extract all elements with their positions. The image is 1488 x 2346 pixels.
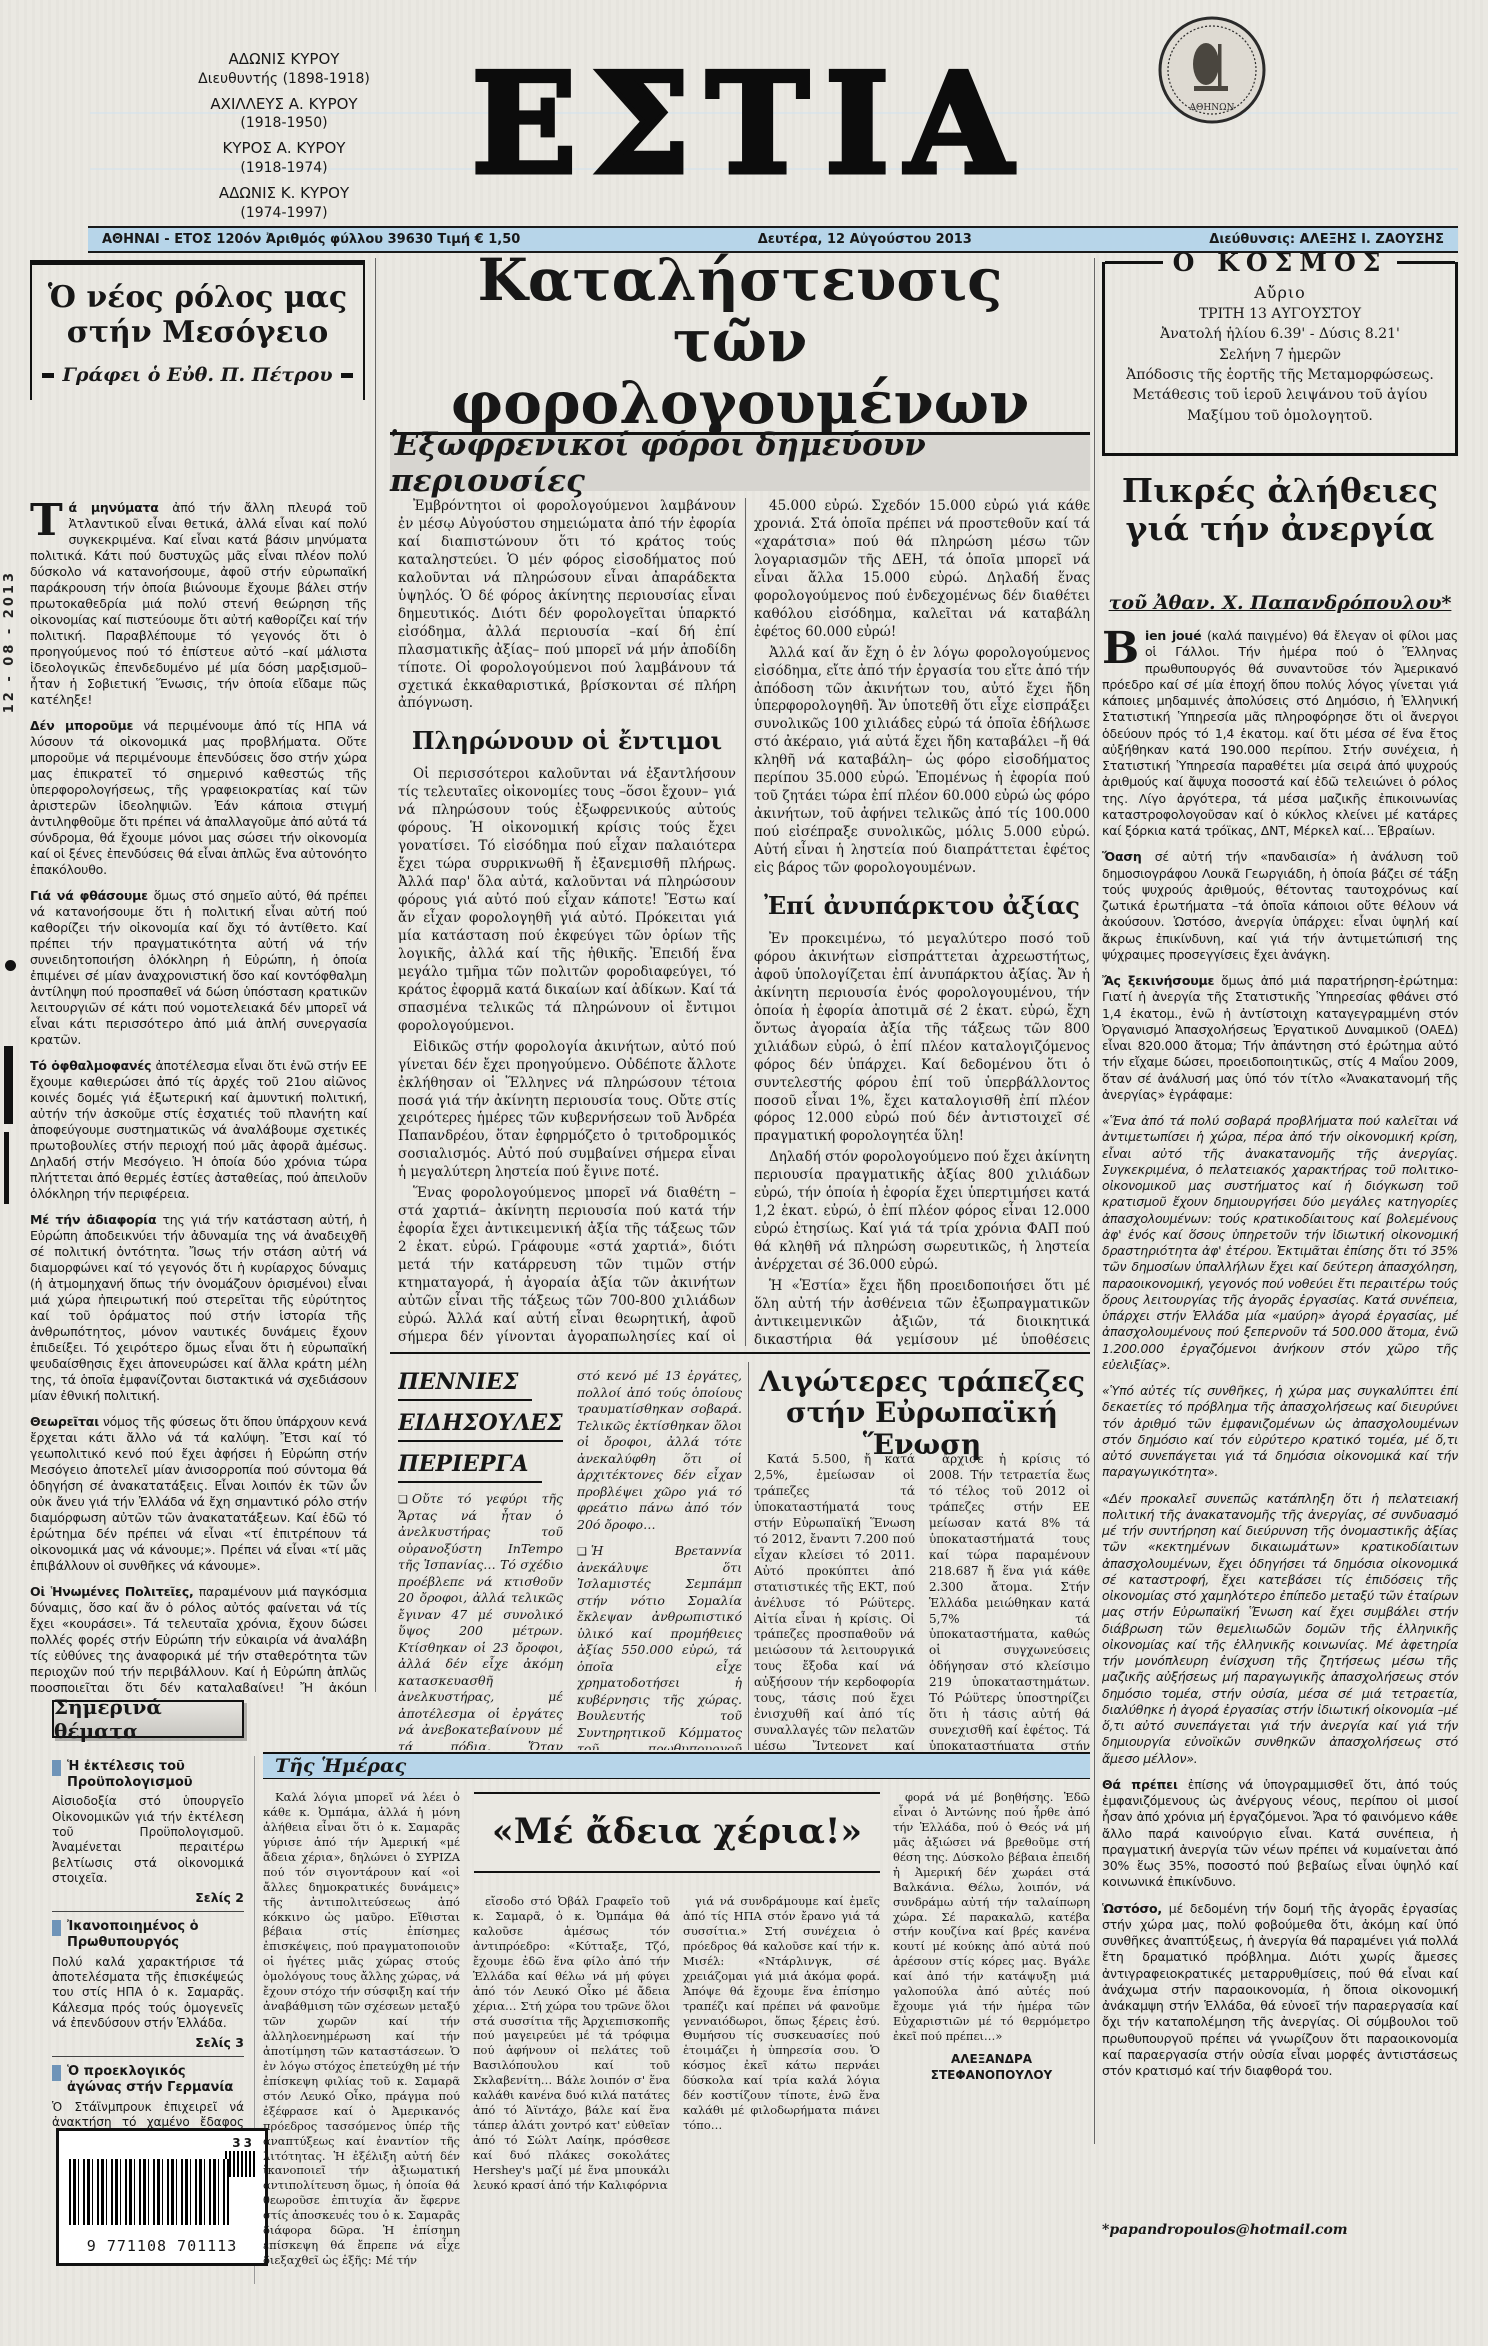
kosmos-header: Ο ΚΟΣΜΟΣ xyxy=(1105,248,1455,277)
masthead-founders: ΑΔΩΝΙΣ ΚΥΡΟΥΔιευθυντής (1898-1918)ΑΧΙΛΛΕ… xyxy=(168,50,400,229)
editorial-dropcap: Τ xyxy=(30,500,69,539)
banks-body: Κατά 5.500, ἤ κατά 2,5%, ἐμείωσαν οἱ τρά… xyxy=(754,1452,1090,1750)
editorial-title-line1: Ὁ νέος ρόλος μας xyxy=(42,281,353,316)
lead-story-crosshead: Ἐπί ἀνυπάρκτου ἀξίας xyxy=(754,890,1090,922)
newspaper-page: 12 - 08 - 2013 ΑΔΩΝΙΣ ΚΥΡΟΥΔιευθυντής (1… xyxy=(0,0,1488,2346)
topic-title: Ὁ προεκλογικός ἀγώνας στήν Γερμανία xyxy=(67,2064,244,2095)
kosmos-line: ΤΡΙΤΗ 13 ΑΥΓΟΥΣΤΟΥ xyxy=(1115,304,1445,324)
pennies-title: ΠΕΝΝΙΕΣΕΙΔΗΣΟΥΛΕΣΠΕΡΙΕΡΓΑ xyxy=(398,1368,563,1483)
kosmos-title: Ο ΚΟΣΜΟΣ xyxy=(1163,248,1398,277)
lead-story-paragraph: Εἰδικῶς στήν φορολογία ἀκινήτων, αὐτό πο… xyxy=(398,1039,736,1183)
imeras-headline: «Μέ ἄδεια χέρια!» xyxy=(474,1792,880,1873)
founder-years: (1974-1997) xyxy=(168,204,400,222)
lead-story-paragraph: 45.000 εὐρώ. Σχεδόν 15.000 εὐρώ γιά κάθε… xyxy=(754,498,1090,642)
pennies-column-a: ΠΕΝΝΙΕΣΕΙΔΗΣΟΥΛΕΣΠΕΡΙΕΡΓΑ ❑Οὔτε τό γεφύρ… xyxy=(398,1368,563,1750)
banks-headline-line2: στήν Εὐρωπαϊκή Ἕνωση xyxy=(754,1397,1090,1460)
founder-years: (1918-1974) xyxy=(168,159,400,177)
editorial-body: Τ ά μηνύματα ἀπό τήν ἄλλη πλευρά τοῦ Ἀτλ… xyxy=(30,500,367,1692)
news-brief: στό κενό μέ 13 ἐργάτες, πολλοί ἀπό τούς … xyxy=(577,1368,742,1533)
unemployment-paragraph: «Δέν προκαλεῖ συνεπῶς κατάπληξη ὅτι ἡ πε… xyxy=(1102,1491,1458,1767)
pennies-title-word: ΠΕΡΙΕΡΓΑ xyxy=(398,1450,542,1483)
founder-name: ΚΥΡΟΣ Α. ΚΥΡΟΥ xyxy=(168,139,400,159)
edge-dot xyxy=(5,960,16,971)
editorial-paragraph: Τό ὀφθαλμοφανές ἀποτέλεσμα εἶναι ὅτι ἐνῶ… xyxy=(30,1058,367,1202)
barcode-bars-icon xyxy=(69,2159,229,2225)
infobar-issue: ΑΘΗΝΑΙ - ΕΤΟΣ 120όν Ἀριθμός φύλλου 39630… xyxy=(102,232,520,247)
imeras-column-4-text: φορά νά μέ βοηθήσης. Ἐδῶ εἶναι ὁ Ἀντώνης… xyxy=(893,1790,1090,2043)
infobar-director: Διεύθυνσις: ΑΛΕΞΗΣ Ι. ΖΑΟΥΣΗΣ xyxy=(1209,232,1444,247)
issue-barcode: 33 9 771108 701113 xyxy=(56,2128,268,2266)
masthead-logo: ΕΣΤΙΑ xyxy=(420,52,1080,197)
banks-column-1: Κατά 5.500, ἤ κατά 2,5%, ἐμείωσαν οἱ τρά… xyxy=(754,1452,915,1750)
kosmos-line: Αὔριο xyxy=(1115,281,1445,304)
topic-item: Ἰκανοποιημένος ὁ ΠρωθυπουργόςΠολύ καλά χ… xyxy=(52,1912,244,2057)
unemployment-headline-line1: Πικρές ἀλήθειες xyxy=(1102,472,1458,510)
editorial-paragraph: Οἱ Ἡνωμένες Πολιτεῖες, παραμένουν μιά πα… xyxy=(30,1584,367,1692)
founder-name: ΑΧΙΛΛΕΥΣ Α. ΚΥΡΟΥ xyxy=(168,95,400,115)
lead-story-column-1: Ἐμβρόντητοι οἱ φορολογούμενοι λαμβάνουν … xyxy=(398,498,736,1346)
unemployment-paragraph: «Ἕνα ἀπό τά πολύ σοβαρά προβλήματα πού κ… xyxy=(1102,1113,1458,1373)
editorial-title-box: Ὁ νέος ρόλος μας στήν Μεσόγειο Γράφει ὁ … xyxy=(30,260,365,400)
topic-title-row: Ἰκανοποιημένος ὁ Πρωθυπουργός xyxy=(52,1919,244,1950)
editorial-paragraph: Μέ τήν ἀδιαφορία της γιά τήν κατάσταση α… xyxy=(30,1212,367,1404)
topic-bullet-icon xyxy=(52,1760,61,1776)
unemployment-dropcap: B xyxy=(1102,628,1145,667)
imeras-column-4: φορά νά μέ βοηθήσης. Ἐδῶ εἶναι ὁ Ἀντώνης… xyxy=(893,1790,1090,2335)
kosmos-rule-right xyxy=(1397,261,1455,264)
topic-bullet-icon xyxy=(52,2065,61,2081)
imeras-label: Τῆς Ἡμέρας xyxy=(275,1755,406,1777)
rule-under-lead-story xyxy=(390,1352,1090,1354)
kosmos-box: Ο ΚΟΣΜΟΣ ΑὔριοΤΡΙΤΗ 13 ΑΥΓΟΥΣΤΟΥἈνατολή … xyxy=(1102,262,1458,456)
unemployment-headline: Πικρές ἀλήθειες γιά τήν ἀνεργία xyxy=(1102,472,1458,548)
masthead-seal-icon: ΑΘΗΝΩΝ xyxy=(1156,14,1268,126)
topic-summary: Αἰσιοδοξία στό ὑπουργεῖο Οἰκονομικῶν γιά… xyxy=(52,1794,244,1886)
editorial-paragraph: Δέν μποροῦμε νά περιμένουμε ἀπό τίς ΗΠΑ … xyxy=(30,718,367,878)
divider-center-right xyxy=(1094,258,1095,2144)
unemployment-paragraph: Ὄαση σέ αὐτή τήν «πανδαισία» ἡ ἀνάλυση τ… xyxy=(1102,849,1458,963)
topic-title: Ἰκανοποιημένος ὁ Πρωθυπουργός xyxy=(67,1919,244,1950)
pennies-title-word: ΕΙΔΗΣΟΥΛΕΣ xyxy=(398,1409,563,1442)
pennies-title-word: ΠΕΝΝΙΕΣ xyxy=(398,1368,532,1401)
lead-story-paragraph: Ἐν προκειμένω, τό μεγαλύτερο ποσό τοῦ φό… xyxy=(754,931,1090,1146)
brief-bullet-icon: ❑ xyxy=(577,1545,591,1558)
pennies-section: ΠΕΝΝΙΕΣΕΙΔΗΣΟΥΛΕΣΠΕΡΙΕΡΓΑ ❑Οὔτε τό γεφύρ… xyxy=(398,1368,742,1750)
edge-bar xyxy=(4,1046,13,1124)
founder-name: ΑΔΩΝΙΣ Κ. ΚΥΡΟΥ xyxy=(168,184,400,204)
lead-story-paragraph: Ἀλλά καί ἄν ἔχη ὁ ἐν λόγω φορολογούμενος… xyxy=(754,645,1090,878)
topic-bullet-icon xyxy=(52,1920,61,1936)
editorial-paragraph: Θεωρεῖται νόμος τῆς φύσεως ὅτι ὅπου ὑπάρ… xyxy=(30,1414,367,1574)
lead-story-headline: Καταλήστευσις τῶν φορολογουμένων xyxy=(390,250,1090,434)
topic-summary: Πολύ καλά χαρακτήρισε τά ἀποτελέσματα τῆ… xyxy=(52,1955,244,2032)
pennies-briefs-a: ❑Οὔτε τό γεφύρι τῆς Ἄρτας νά ἦταν ὁ ἀνελ… xyxy=(398,1491,563,1750)
edge-bar-2 xyxy=(4,1132,9,1204)
byline-rule-left xyxy=(42,373,54,378)
unemployment-headline-line2: γιά τήν ἀνεργία xyxy=(1102,510,1458,548)
editorial-title-line2: στήν Μεσόγειο xyxy=(42,316,353,351)
kosmos-line: Ἀνατολή ἡλίου 6.39' - Δύσις 8.21' xyxy=(1115,324,1445,344)
founder-name: ΑΔΩΝΙΣ ΚΥΡΟΥ xyxy=(168,50,400,70)
lead-headline-line1: Καταλήστευσις xyxy=(390,250,1090,311)
divider-pennies-banks xyxy=(748,1362,749,1750)
topic-item: Ὁ προεκλογικός ἀγώνας στήν ΓερμανίαὉ Στά… xyxy=(52,2057,244,2134)
editorial-title: Ὁ νέος ρόλος μας στήν Μεσόγειο xyxy=(42,281,353,350)
barcode-digits: 9 771108 701113 xyxy=(59,2237,265,2255)
imeras-band: Τῆς Ἡμέρας xyxy=(263,1752,1090,1779)
pennies-column-b: στό κενό μέ 13 ἐργάτες, πολλοί ἀπό τούς … xyxy=(577,1368,742,1750)
kosmos-line: Σελήνη 7 ἡμερῶν xyxy=(1115,345,1445,365)
topics-header: Σημερινά θέματα xyxy=(52,1700,244,1738)
unemployment-byline: τοῦ Ἀθαν. Χ. Παπανδρόπουλου* xyxy=(1102,592,1458,614)
founder-years: Διευθυντής (1898-1918) xyxy=(168,70,400,88)
unemployment-paragraph: Ὡστόσο, μέ δεδομένη τήν δομή τῆς ἀγορᾶς … xyxy=(1102,1901,1458,2080)
barcode-small-bars-icon xyxy=(225,2151,255,2177)
topic-page-ref: Σελίς 2 xyxy=(52,1890,244,1905)
divider-center-columns xyxy=(745,498,746,1346)
banks-headline-line1: Λιγώτερες τράπεζες xyxy=(754,1366,1090,1397)
banks-column-2: ἄρχισε ἡ κρίσις τό 2008. Τήν τετραετία ἕ… xyxy=(929,1452,1090,1750)
topic-title: Ἡ ἐκτέλεσις τοῦ Προϋπολογισμοῦ xyxy=(67,1759,244,1790)
lead-story-column-2: 45.000 εὐρώ. Σχεδόν 15.000 εὐρώ γιά κάθε… xyxy=(754,498,1090,1346)
unemployment-paragraph: Θά πρέπει ἐπίσης νά ὑπογραμμισθεῖ ὅτι, ἀ… xyxy=(1102,1777,1458,1891)
topic-title-row: Ὁ προεκλογικός ἀγώνας στήν Γερμανία xyxy=(52,2064,244,2095)
lead-story-paragraph: Ἐμβρόντητοι οἱ φορολογούμενοι λαμβάνουν … xyxy=(398,498,736,713)
topic-title-row: Ἡ ἐκτέλεσις τοῦ Προϋπολογισμοῦ xyxy=(52,1759,244,1790)
topics-list: Ἡ ἐκτέλεσις τοῦ ΠροϋπολογισμοῦΑἰσιοδοξία… xyxy=(52,1752,244,2134)
lead-story-crosshead: Πληρώνουν οἱ ἔντιμοι xyxy=(398,725,736,757)
news-brief: ❑Οὔτε τό γεφύρι τῆς Ἄρτας νά ἦταν ὁ ἀνελ… xyxy=(398,1491,563,1750)
seal-caption: ΑΘΗΝΩΝ xyxy=(1189,103,1235,113)
lead-story-paragraph: Ἕνας φορολογούμενος μπορεῖ νά διαθέτη –σ… xyxy=(398,1185,736,1346)
topic-item: Ἡ ἐκτέλεσις τοῦ ΠροϋπολογισμοῦΑἰσιοδοξία… xyxy=(52,1752,244,1912)
editorial-byline: Γράφει ὁ Εὐθ. Π. Πέτρου xyxy=(42,364,353,386)
editorial-paragraph: ά μηνύματα ἀπό τήν ἄλλη πλευρά τοῦ Ἀτλαν… xyxy=(30,500,367,708)
topic-page-ref: Σελίς 3 xyxy=(52,2035,244,2050)
byline-rule-right xyxy=(341,373,353,378)
imeras-column-1: Καλά λόγια μπορεῖ νά λέει ὁ κάθε κ. Ὀμπά… xyxy=(263,1790,460,2335)
unemployment-paragraph: «Ὑπό αὐτές τίς συνθῆκες, ἡ χώρα μας συγκ… xyxy=(1102,1383,1458,1481)
brief-bullet-icon: ❑ xyxy=(398,1493,412,1506)
editorial-paragraph: Γιά νά φθάσουμε ὅμως στό σημεῖο αὐτό, θά… xyxy=(30,888,367,1048)
infobar-date: Δευτέρα, 12 Αὐγούστου 2013 xyxy=(758,232,972,247)
lead-story-paragraph: Ἡ «Ἑστία» ἔχει ἤδη προειδοποιήσει ὅτι μέ… xyxy=(754,1278,1090,1346)
banks-headline: Λιγώτερες τράπεζες στήν Εὐρωπαϊκή Ἕνωση xyxy=(754,1366,1090,1460)
editorial-byline-text: Γράφει ὁ Εὐθ. Π. Πέτρου xyxy=(62,364,332,386)
founder-years: (1918-1950) xyxy=(168,114,400,132)
unemployment-paragraph: ien joué (καλά παιγμένο) θά ἔλεγαν οἱ φί… xyxy=(1102,628,1458,839)
kosmos-line: Μετάθεσις τοῦ ἱεροῦ λειψάνου τοῦ ἁγίου Μ… xyxy=(1115,385,1445,426)
news-brief: ❑Ἡ Βρεταννία ἀνεκάλυψε ὅτι Ἰσλαμιστές Σε… xyxy=(577,1543,742,1750)
edge-date-vertical: 12 - 08 - 2013 xyxy=(2,570,17,713)
unemployment-body: B ien joué (καλά παιγμένο) θά ἔλεγαν οἱ … xyxy=(1102,628,1458,2213)
kosmos-rule-left xyxy=(1105,261,1163,264)
divider-left-center xyxy=(375,258,376,1692)
lead-headline-line2: τῶν φορολογουμένων xyxy=(390,311,1090,434)
lead-story-paragraph: Οἱ περισσότεροι καλοῦνται νά ἐξαντλήσουν… xyxy=(398,766,736,1035)
imeras-signature: ΑΛΕΞΑΝΔΡΑ ΣΤΕΦΑΝΟΠΟΥΛΟΥ xyxy=(893,2052,1090,2083)
kosmos-calendar: ΑὔριοΤΡΙΤΗ 13 ΑΥΓΟΥΣΤΟΥἈνατολή ἡλίου 6.3… xyxy=(1115,281,1445,426)
kosmos-line: Ἀπόδοσις τῆς ἑορτῆς τῆς Μεταμορφώσεως. xyxy=(1115,365,1445,385)
lead-story-subhead: Ἐξωφρενικοί φόροι δημεύουν περιουσίες xyxy=(390,432,1090,491)
unemployment-paragraph: Ἄς ξεκινήσουμε ὅμως ἀπό μιά παρατήρηση-ἐ… xyxy=(1102,973,1458,1103)
author-email: *papandropoulos@hotmail.com xyxy=(1102,2222,1458,2238)
barcode-issue-number: 33 xyxy=(232,2136,255,2150)
lead-story-paragraph: Δηλαδή στόν φορολογούμενο πού ἔχει ἀκίνη… xyxy=(754,1149,1090,1275)
